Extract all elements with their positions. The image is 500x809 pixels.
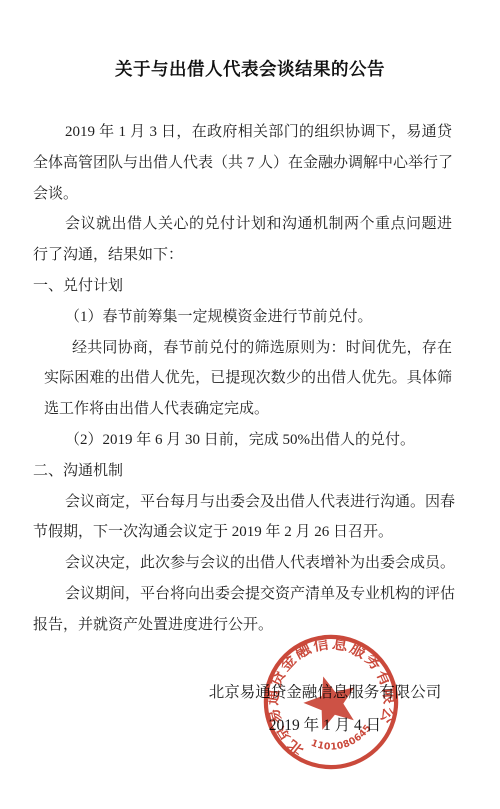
text-line: 一、兑付计划: [33, 271, 452, 302]
official-seal: 北京易通贷金融信息服务有限公司 1101080645236: [244, 615, 419, 790]
text-line: 二、沟通机制: [33, 456, 452, 487]
seal-ring: [250, 621, 413, 784]
text-line: 会议期间，平台将向出委会提交资产清单及专业机构的评估: [33, 579, 452, 610]
text-line: （2）2019 年 6 月 30 日前，完成 50%出借人的兑付。: [33, 425, 452, 456]
document-body: 2019 年 1 月 3 日，在政府相关部门的组织协调下，易通贷全体高管团队与出…: [33, 117, 452, 641]
text-line: 行了沟通，结果如下：: [33, 240, 452, 271]
text-line: 2019 年 1 月 3 日，在政府相关部门的组织协调下，易通贷: [33, 117, 452, 148]
text-line: 实际困难的出借人优先，已提现次数少的出借人优先。具体筛: [33, 363, 452, 394]
text-line: 会议决定，此次参与会议的出借人代表增补为出委会成员。: [33, 548, 452, 579]
text-line: 报告，并就资产处置进度进行公开。: [33, 610, 452, 641]
signature-company-name: 北京易通贷金融信息服务有限公司: [150, 680, 500, 702]
text-line: 选工作将由出借人代表确定完成。: [33, 394, 452, 425]
text-line: 会议就出借人关心的兑付计划和沟通机制两个重点问题进: [33, 209, 452, 240]
page-title: 关于与出借人代表会谈结果的公告: [0, 56, 500, 81]
text-line: 会议商定，平台每月与出委会及出借人代表进行沟通。因春: [33, 487, 452, 518]
text-line: 节假期，下一次沟通会议定于 2019 年 2 月 26 日召开。: [33, 517, 452, 548]
signature-date: 2019 年 1 月 4 日: [150, 713, 500, 735]
text-line: 全体高管团队与出借人代表（共 7 人）在金融办调解中心举行了: [33, 148, 452, 179]
announcement-page: 关于与出借人代表会谈结果的公告 2019 年 1 月 3 日，在政府相关部门的组…: [0, 0, 500, 809]
text-line: （1）春节前筹集一定规模资金进行节前兑付。: [33, 302, 452, 333]
text-line: 经共同协商，春节前兑付的筛选原则为：时间优先，存在: [33, 333, 452, 364]
text-line: 会谈。: [33, 179, 452, 210]
